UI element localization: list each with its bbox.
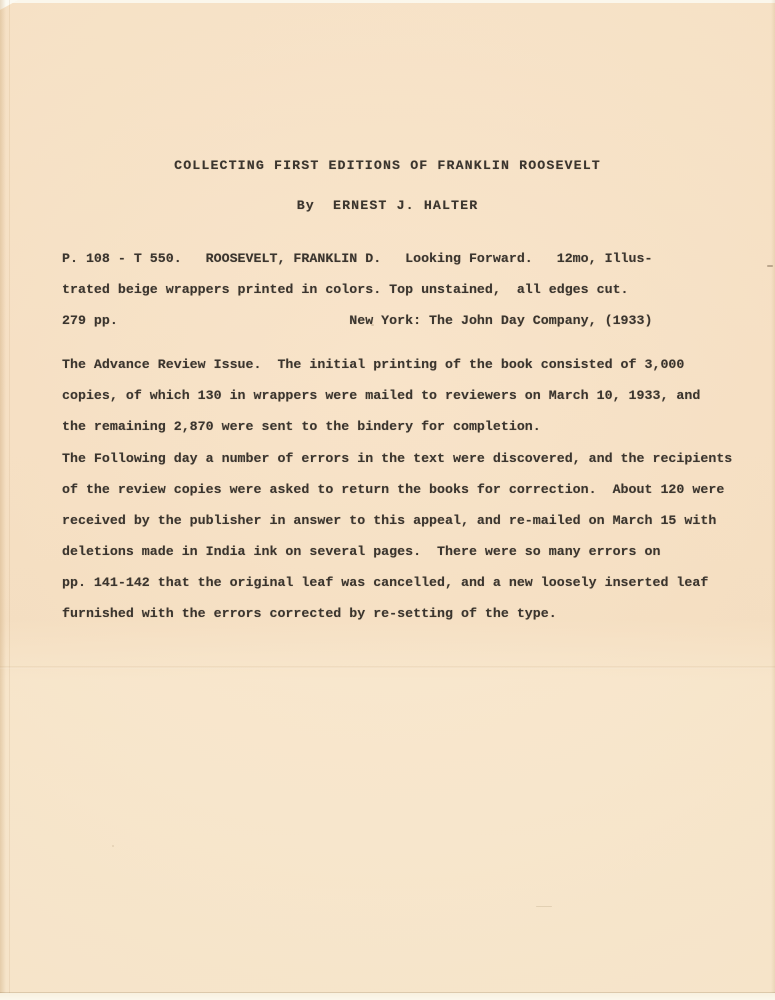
paper-edge-right — [771, 0, 775, 1000]
catalog-entry-block: P. 108 - T 550. ROOSEVELT, FRANKLIN D. L… — [62, 243, 762, 336]
typed-line: 279 pp. New York: The John Day Company, … — [62, 305, 762, 336]
typed-line: the remaining 2,870 were sent to the bin… — [62, 411, 762, 442]
typed-line: The Following day a number of errors in … — [62, 443, 762, 474]
paper-speck — [536, 906, 552, 907]
typed-line: received by the publisher in answer to t… — [62, 505, 762, 536]
typed-line: trated beige wrappers printed in colors.… — [62, 274, 762, 305]
document-byline: By ERNEST J. HALTER — [0, 196, 775, 216]
paper-speck — [112, 845, 114, 847]
typed-line: deletions made in India ink on several p… — [62, 536, 762, 567]
paper-edge-bottom-strip — [0, 993, 775, 1000]
paper-edge-top — [0, 0, 775, 3]
paper-edge-left — [0, 0, 6, 1000]
typed-line: P. 108 - T 550. ROOSEVELT, FRANKLIN D. L… — [62, 243, 762, 274]
document-title: COLLECTING FIRST EDITIONS OF FRANKLIN RO… — [0, 156, 775, 176]
typed-line: The Advance Review Issue. The initial pr… — [62, 349, 762, 380]
typed-line: pp. 141-142 that the original leaf was c… — [62, 567, 762, 598]
paper-speck — [767, 265, 773, 267]
paper-crease-left — [9, 0, 10, 1000]
paragraph-advance-review: The Advance Review Issue. The initial pr… — [62, 349, 762, 442]
document-page: COLLECTING FIRST EDITIONS OF FRANKLIN RO… — [0, 0, 775, 1000]
paper-fold-line — [0, 666, 775, 669]
document-body: P. 108 - T 550. ROOSEVELT, FRANKLIN D. L… — [62, 243, 762, 629]
typed-line: copies, of which 130 in wrappers were ma… — [62, 380, 762, 411]
paragraph-errors: The Following day a number of errors in … — [62, 443, 762, 630]
typed-line: of the review copies were asked to retur… — [62, 474, 762, 505]
typed-line: furnished with the errors corrected by r… — [62, 598, 762, 629]
